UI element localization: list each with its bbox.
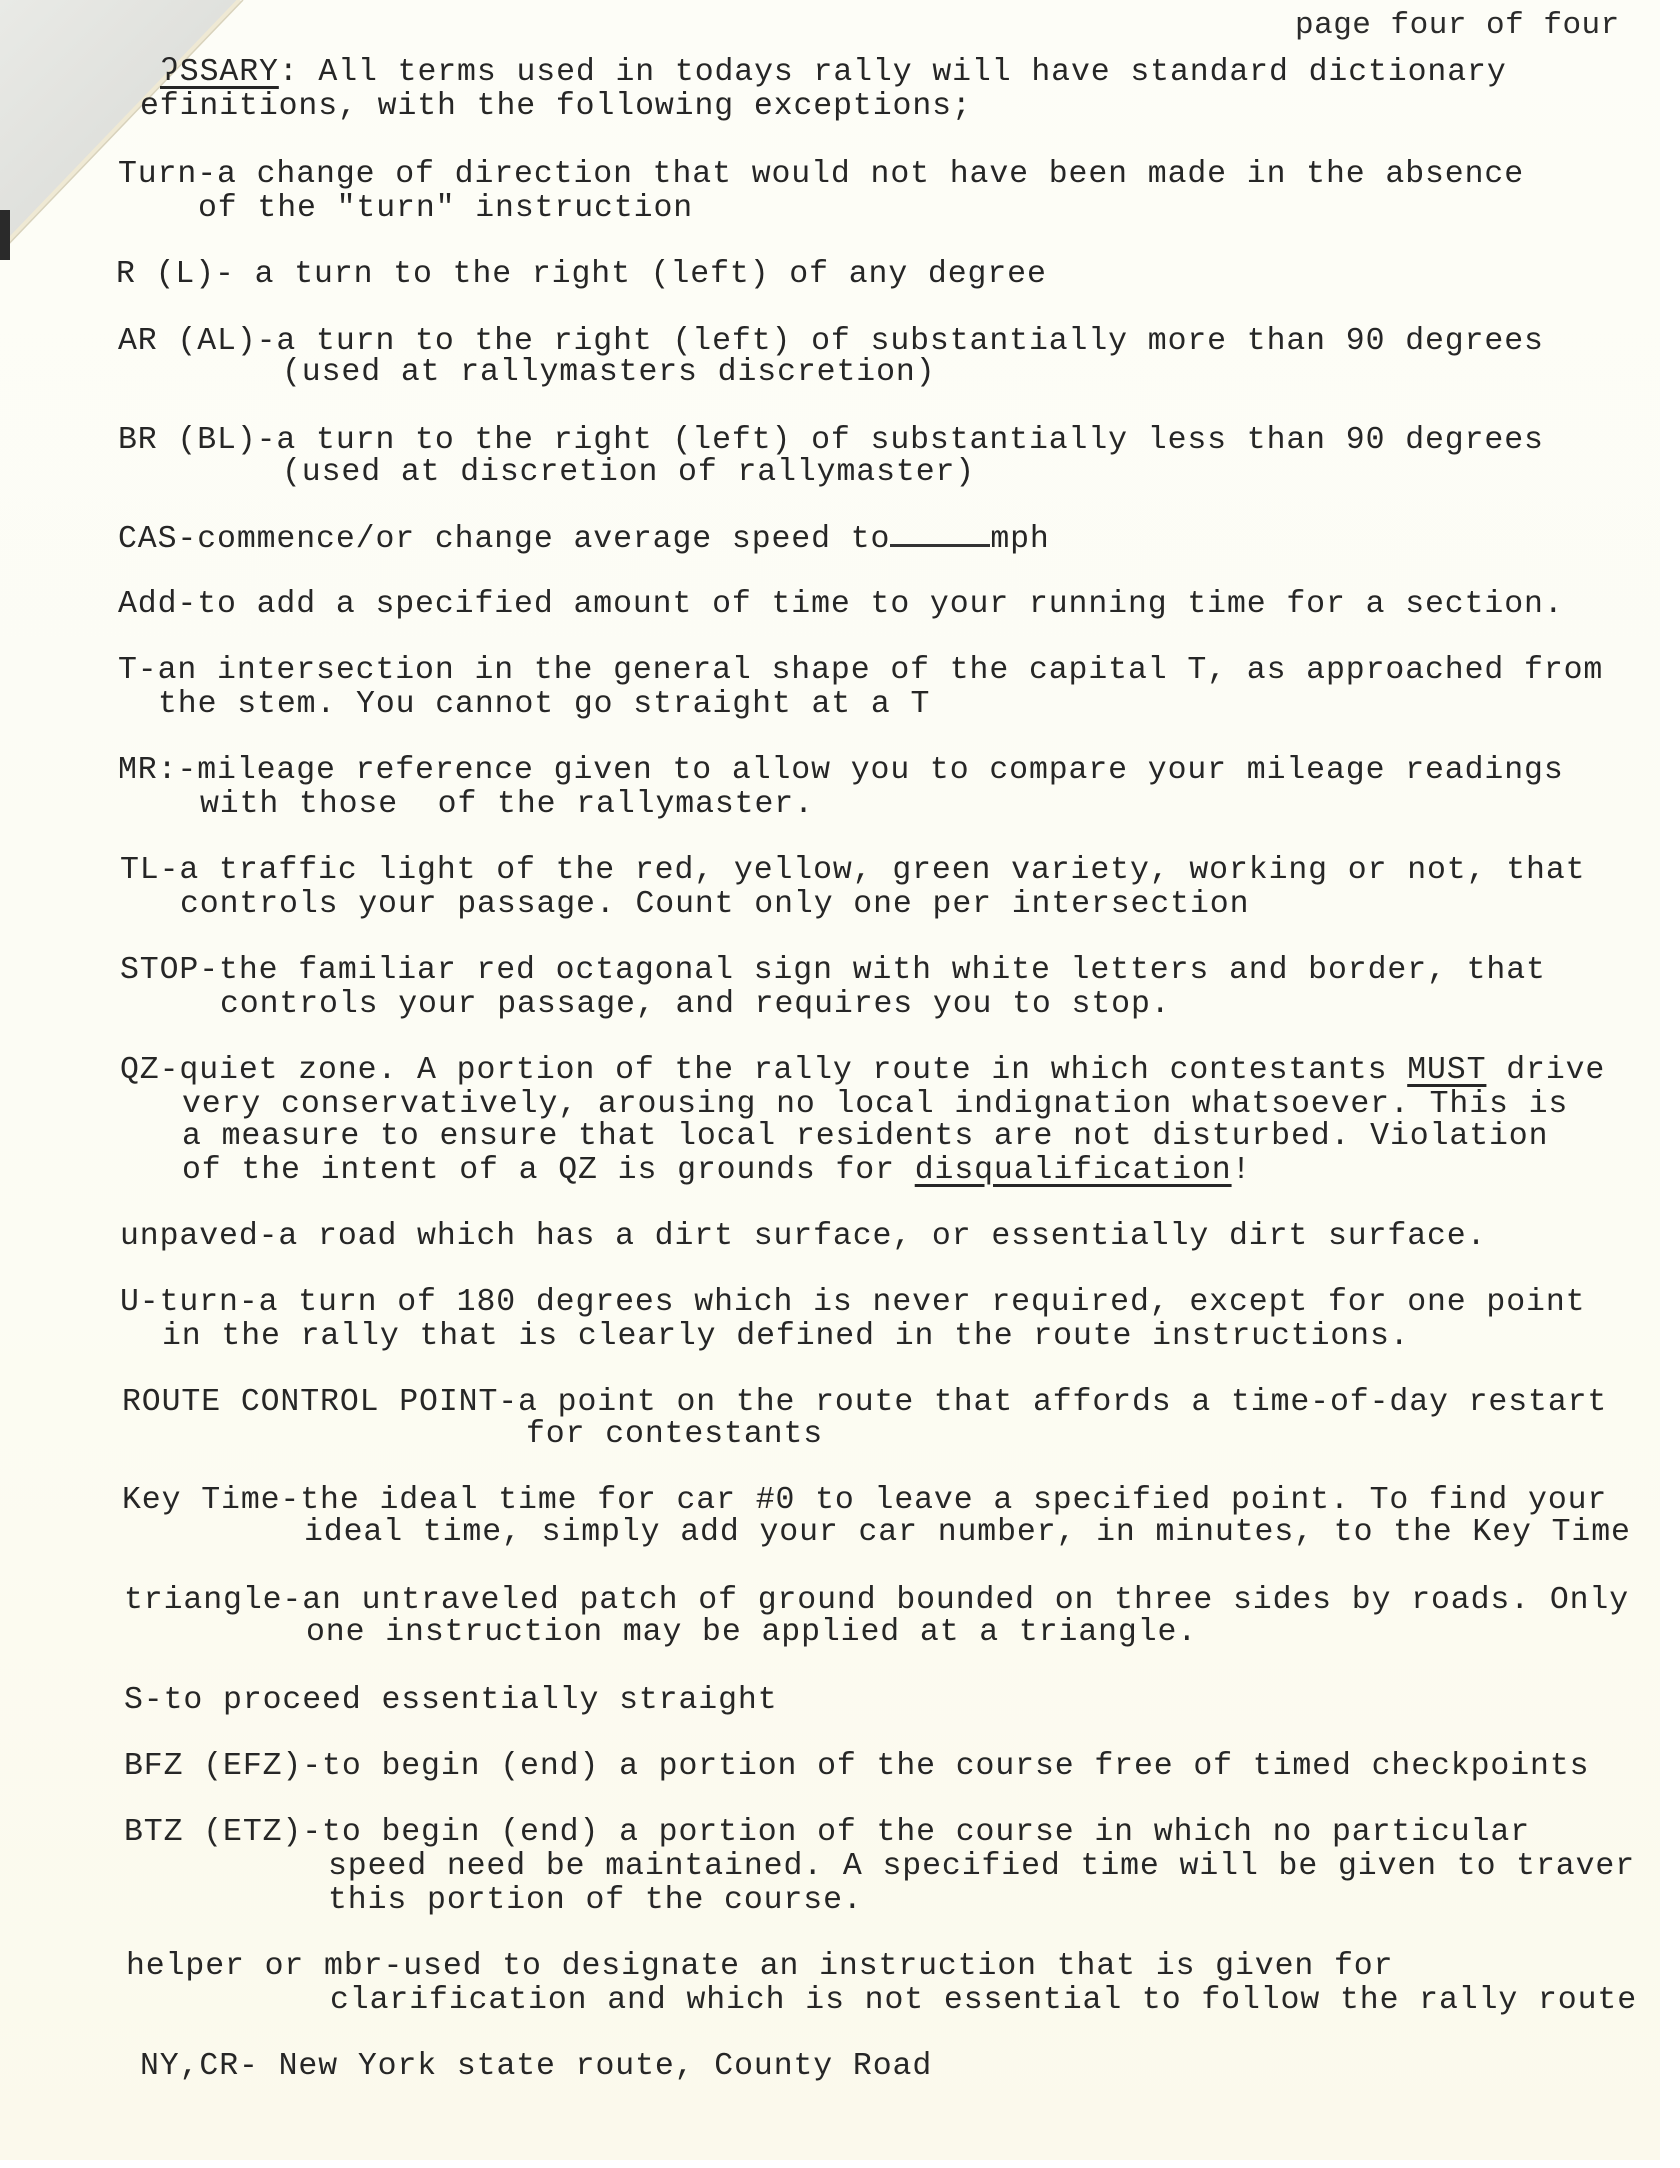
definition-route-control-point-cont: for contestants	[526, 1418, 823, 1452]
definition-cas: CAS-commence/or change average speed tom…	[118, 522, 1050, 557]
glossary-heading: ʔSSARY	[160, 55, 279, 90]
definition-ar-al-cont: (used at rallymasters discretion)	[282, 356, 936, 390]
glossary-intro-line-1: ʔSSARY: All terms used in todays rally w…	[160, 56, 1507, 90]
definition-route-control-point: ROUTE CONTROL POINT-a point on the route…	[122, 1386, 1607, 1420]
fold-shadow	[0, 210, 10, 260]
definition-br-bl: BR (BL)-a turn to the right (left) of su…	[118, 424, 1544, 458]
emphasis-disqualification: disqualification	[915, 1153, 1232, 1188]
definition-helper-mbr: helper or mbr-used to designate an instr…	[126, 1950, 1393, 1984]
definition-stop-cont: controls your passage, and requires you …	[220, 988, 1171, 1022]
definition-helper-mbr-cont: clarification and which is not essential…	[330, 1984, 1637, 2018]
emphasis-must: MUST	[1407, 1053, 1486, 1088]
definition-qz: QZ-quiet zone. A portion of the rally ro…	[120, 1054, 1605, 1088]
definition-triangle-cont: one instruction may be applied at a tria…	[306, 1616, 1197, 1650]
definition-ar-al: AR (AL)-a turn to the right (left) of su…	[118, 325, 1544, 359]
definition-turn-cont: of the "turn" instruction	[198, 192, 693, 226]
definition-qz-cont-1: very conservatively, arousing no local i…	[182, 1088, 1568, 1122]
definition-qz-cont-3: of the intent of a QZ is grounds for dis…	[182, 1154, 1251, 1188]
page-number: page four of four	[1295, 8, 1620, 43]
definition-br-bl-cont: (used at discretion of rallymaster)	[282, 456, 975, 490]
glossary-intro-line-2: efinitions, with the following exception…	[140, 90, 972, 124]
definition-add: Add-to add a specified amount of time to…	[118, 588, 1564, 622]
definition-u-turn-cont: in the rally that is clearly defined in …	[162, 1320, 1410, 1354]
definition-key-time-cont: ideal time, simply add your car number, …	[304, 1516, 1631, 1550]
definition-btz-etz: BTZ (ETZ)-to begin (end) a portion of th…	[124, 1816, 1530, 1850]
definition-ny-cr: NY,CR- New York state route, County Road	[140, 2050, 932, 2084]
speed-blank-line	[890, 522, 990, 547]
definition-u-turn: U-turn-a turn of 180 degrees which is ne…	[120, 1286, 1585, 1320]
definition-qz-cont-2: a measure to ensure that local residents…	[182, 1120, 1548, 1154]
definition-stop: STOP-the familiar red octagonal sign wit…	[120, 954, 1546, 988]
definition-key-time: Key Time-the ideal time for car #0 to le…	[122, 1484, 1607, 1518]
definition-tl-cont: controls your passage. Count only one pe…	[180, 888, 1249, 922]
definition-t-cont: the stem. You cannot go straight at a T	[158, 688, 930, 722]
definition-triangle: triangle-an untraveled patch of ground b…	[124, 1584, 1629, 1618]
definition-btz-etz-cont-2: this portion of the course.	[328, 1884, 863, 1918]
definition-turn: Turn-a change of direction that would no…	[118, 158, 1524, 192]
definition-tl: TL-a traffic light of the red, yellow, g…	[120, 854, 1585, 888]
definition-s: S-to proceed essentially straight	[124, 1684, 778, 1718]
definition-r-l: R (L)- a turn to the right (left) of any…	[116, 258, 1047, 292]
definition-mr-cont: with those of the rallymaster.	[200, 788, 814, 822]
definition-unpaved: unpaved-a road which has a dirt surface,…	[120, 1220, 1486, 1254]
document-page: page four of four ʔSSARY: All terms used…	[0, 0, 1660, 2160]
definition-mr: MR:-mileage reference given to allow you…	[118, 754, 1564, 788]
definition-btz-etz-cont-1: speed need be maintained. A specified ti…	[328, 1850, 1635, 1884]
definition-t: T-an intersection in the general shape o…	[118, 654, 1603, 688]
definition-bfz-efz: BFZ (EFZ)-to begin (end) a portion of th…	[124, 1750, 1589, 1784]
